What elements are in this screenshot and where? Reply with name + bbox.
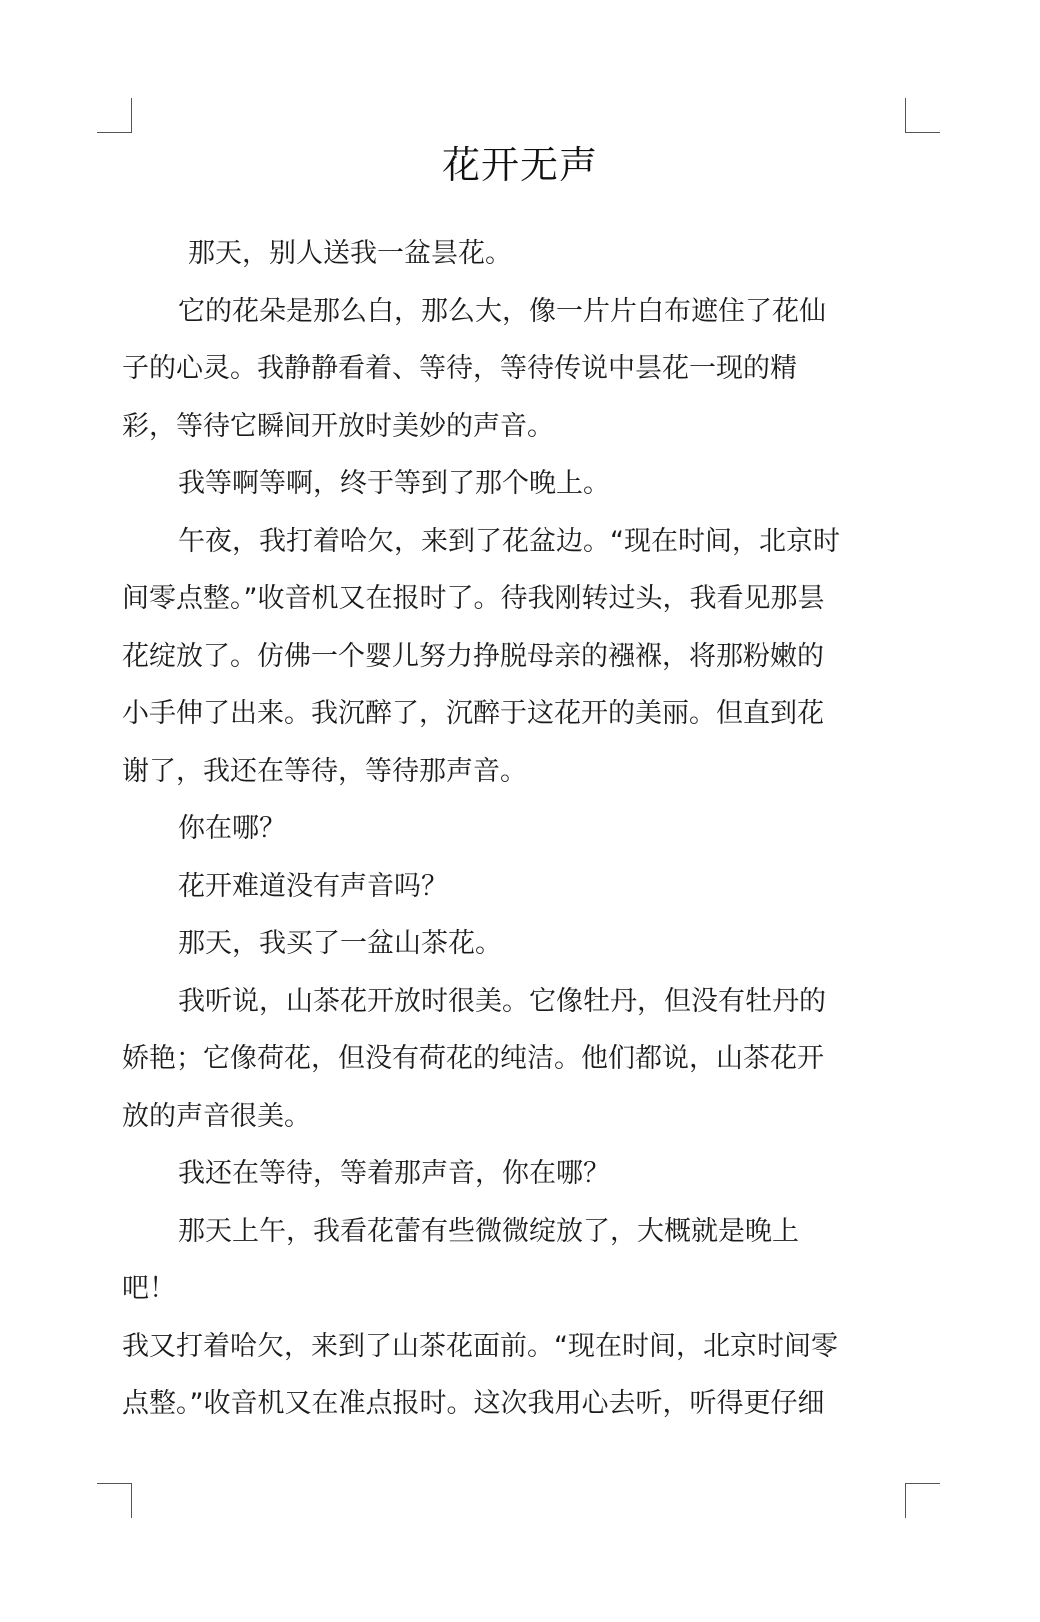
text-line: 谢了，我还在等待，等待那声音。: [122, 750, 902, 808]
text-line: 点整。”收音机又在准点报时。这次我用心去听，听得更仔细: [122, 1382, 902, 1440]
text-line: 那天，我买了一盆山茶花。: [122, 922, 902, 980]
crop-mark-bottom-left: [97, 1483, 132, 1518]
text-line: 它的花朵是那么白，那么大，像一片片白布遮住了花仙: [122, 290, 902, 348]
text-line: 花绽放了。仿佛一个婴儿努力挣脱母亲的襁褓，将那粉嫩的: [122, 635, 902, 693]
crop-mark-top-left: [97, 98, 132, 133]
document-title: 花开无声: [0, 138, 1040, 192]
text-line: 午夜，我打着哈欠，来到了花盆边。“现在时间，北京时: [122, 520, 902, 578]
text-line: 吧！: [122, 1267, 902, 1325]
document-body: 那天，别人送我一盆昙花。它的花朵是那么白，那么大，像一片片白布遮住了花仙子的心灵…: [122, 232, 902, 1440]
text-line: 花开难道没有声音吗？: [122, 865, 902, 923]
text-line: 间零点整。”收音机又在报时了。待我刚转过头，我看见那昙: [122, 577, 902, 635]
text-line: 我等啊等啊，终于等到了那个晚上。: [122, 462, 902, 520]
text-line: 我听说，山茶花开放时很美。它像牡丹，但没有牡丹的: [122, 980, 902, 1038]
text-line: 娇艳；它像荷花，但没有荷花的纯洁。他们都说，山茶花开: [122, 1037, 902, 1095]
text-line: 彩，等待它瞬间开放时美妙的声音。: [122, 405, 902, 463]
text-line: 子的心灵。我静静看着、等待，等待传说中昙花一现的精: [122, 347, 902, 405]
text-line: 我还在等待，等着那声音，你在哪？: [122, 1152, 902, 1210]
crop-mark-bottom-right: [905, 1483, 940, 1518]
text-line: 放的声音很美。: [122, 1095, 902, 1153]
text-line: 你在哪？: [122, 807, 902, 865]
text-line: 小手伸了出来。我沉醉了，沉醉于这花开的美丽。但直到花: [122, 692, 902, 750]
document-page: 花开无声 那天，别人送我一盆昙花。它的花朵是那么白，那么大，像一片片白布遮住了花…: [0, 0, 1040, 1622]
text-line: 那天，别人送我一盆昙花。: [122, 232, 902, 290]
text-line: 我又打着哈欠，来到了山茶花面前。“现在时间，北京时间零: [122, 1325, 902, 1383]
crop-mark-top-right: [905, 98, 940, 133]
text-line: 那天上午，我看花蕾有些微微绽放了，大概就是晚上: [122, 1210, 902, 1268]
